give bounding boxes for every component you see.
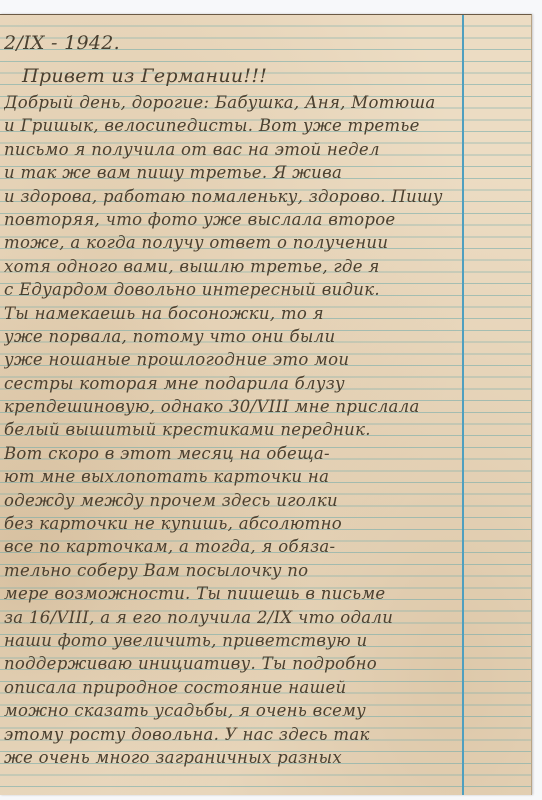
letter-line: тельно соберу Вам посылочку по (4, 559, 532, 582)
letter-line: хотя одного вами, вышлю третье, где я (4, 255, 532, 278)
letter-line: описала природное состояние нашей (4, 676, 532, 699)
letter-line: и здорова, работаю помаленьку, здорово. … (4, 185, 532, 208)
letter-line: Ты намекаешь на босоножки, то я (4, 302, 532, 325)
letter-line: повторяя, что фото уже выслала второе (4, 208, 532, 231)
letter-line: белый вышитый крестиками передник. (4, 418, 532, 441)
letter-line: с Едуардом довольно интересный видик. (4, 278, 532, 301)
letter-date: 2/IX - 1942. (4, 29, 532, 57)
letter-line: Вот скоро в этот месяц на обеща- (4, 442, 532, 465)
letter-line: поддерживаю инициативу. Ты подробно (4, 652, 532, 675)
letter-line: этому росту довольна. У нас здесь так (4, 723, 532, 746)
letter-line: за 16/VIII, а я его получила 2/IX что од… (4, 606, 532, 629)
letter-line: без карточки не купишь, абсолютно (4, 512, 532, 535)
letter-line: одежду между прочем здесь иголки (4, 489, 532, 512)
letter-line: и Гришык, велосипедисты. Вот уже третье (4, 114, 532, 137)
letter-line: письмо я получила от вас на этой недел (4, 138, 532, 161)
letter-line: и так же вам пишу третье. Я жива (4, 161, 532, 184)
letter-text: 2/IX - 1942. Привет из Германии!!! Добры… (4, 29, 532, 769)
letter-greeting: Привет из Германии!!! (4, 61, 532, 91)
letter-line: можно сказать усадьбы, я очень всему (4, 699, 532, 722)
letter-line: тоже, а когда получу ответ о получении (4, 231, 532, 254)
letter-paper: 2/IX - 1942. Привет из Германии!!! Добры… (0, 14, 532, 795)
letter-line: же очень много заграничных разных (4, 746, 532, 769)
letter-line: мере возможности. Ты пишешь в письме (4, 582, 532, 605)
letter-line: наши фото увеличить, приветствую и (4, 629, 532, 652)
letter-line: крепдешиновую, однако 30/VIII мне присла… (4, 395, 532, 418)
letter-body: Добрый день, дорогие: Бабушка, Аня, Мотю… (4, 91, 532, 769)
letter-line: уже ношаные прошлогодние это мои (4, 348, 532, 371)
letter-line: сестры которая мне подарила блузу (4, 372, 532, 395)
letter-line: все по карточкам, а тогда, я обяза- (4, 535, 532, 558)
letter-line: Добрый день, дорогие: Бабушка, Аня, Мотю… (4, 91, 532, 114)
letter-line: ют мне выхлопотать карточки на (4, 465, 532, 488)
letter-line: уже порвала, потому что они были (4, 325, 532, 348)
